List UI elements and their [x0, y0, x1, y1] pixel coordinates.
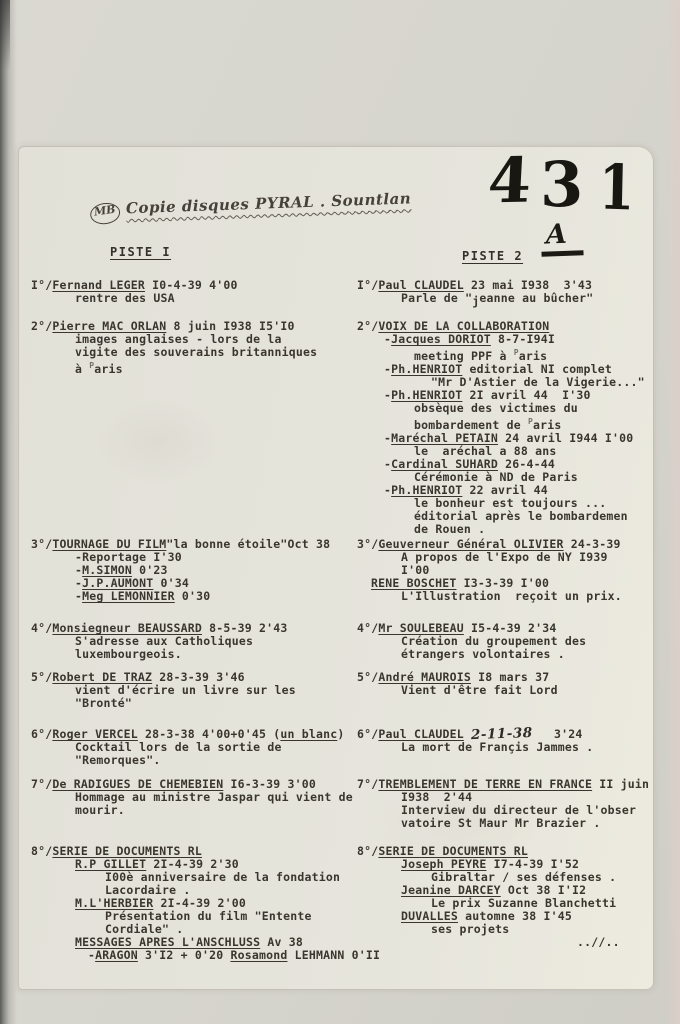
underlined-name: R.P GILLET	[75, 857, 146, 871]
track-line: vigite des souverains britanniques	[31, 346, 317, 359]
text-segment: Cordiale" .	[105, 922, 183, 936]
text-segment: 28-3-38 4'00+0'45 (	[138, 727, 280, 741]
item-number: 3°/	[31, 537, 52, 551]
text-segment: aris	[533, 418, 562, 432]
track-line: rentre des USA	[31, 292, 238, 305]
underlined-name: Jeanine DARCEY	[401, 883, 501, 897]
track-item: 8°/SERIE DE DOCUMENTS RLR.P GILLET 2I-4-…	[31, 845, 380, 962]
text-segment: "Bronté"	[75, 696, 132, 710]
text-segment: Parle de "	[401, 291, 472, 305]
text-segment: 3'I2 + 0'20	[138, 948, 231, 962]
track-line: mourir.	[31, 804, 353, 817]
text-segment: Le prix Suzanne Blanchetti	[431, 896, 616, 910]
scanned-page: MBCopie disques PYRAL . Sountlan 431 A P…	[0, 0, 680, 1024]
text-segment: Présentation du film "Entente	[105, 909, 312, 923]
track-line: -Jacques DORIOT 8-7-I94I	[357, 333, 645, 346]
track-item: 8°/SERIE DE DOCUMENTS RLJoseph PEYRE I7-…	[357, 845, 620, 949]
underlined-name: TREMBLEMENT DE TERRE EN FRANCE	[378, 777, 592, 791]
text-segment: le bonheur est toujours ...	[414, 496, 606, 510]
track-item: I°/Paul CLAUDEL 23 mai I938 3'43Parle de…	[357, 279, 593, 308]
text-segment: Création du groupement des	[401, 634, 586, 648]
track-item: 2°/VOIX DE LA COLLABORATION-Jacques DORI…	[357, 320, 645, 536]
text-segment: images anglaises - lors de la	[75, 332, 282, 346]
underlined-name: un blanc	[280, 727, 337, 741]
item-number: 8°/	[31, 844, 52, 858]
track-line: de Rouen .	[357, 523, 645, 536]
track-item: 3°/Geuverneur Général OLIVIER 24-3-39A p…	[357, 538, 622, 603]
track-line: "Bronté"	[31, 697, 296, 710]
underlined-name: De RADIGUES DE CHEMEBIEN	[52, 777, 223, 791]
text-segment: meeting PPF à	[414, 349, 514, 363]
item-number: 2°/	[31, 319, 52, 333]
underlined-name: Rosamond	[230, 948, 287, 962]
track-line: éditorial après le bombardemen	[357, 510, 645, 523]
text-segment: Hommage au ministre Jaspar qui vient de	[75, 790, 353, 804]
text-segment: mourir.	[75, 803, 125, 817]
underlined-name: J.P.AUMONT	[82, 576, 153, 590]
text-segment: étrangers volontaires .	[401, 647, 565, 661]
text-segment: "Mr D'Astier de la Vigerie..."	[431, 375, 645, 389]
text-segment: ..//..	[577, 935, 620, 949]
track-line: à Paris	[31, 359, 317, 376]
underlined-name: Ph.HENRIOT	[391, 483, 462, 497]
text-segment: 23 mai I938 3'43	[464, 278, 592, 292]
underlined-name: Fernand LEGER	[52, 278, 145, 292]
underlined-name: Pierre MAC ORLAN	[52, 319, 166, 333]
text-segment: 8-7-I94I	[491, 332, 555, 346]
text-segment: L'Illustration reçoit un prix.	[401, 589, 622, 603]
text-segment: vigite des souverains britanniques	[75, 345, 317, 359]
text-segment: Lacordaire .	[105, 883, 190, 897]
text-segment: 0'34	[153, 576, 189, 590]
track-line: Parle de "jeanne au bûcher"	[357, 292, 593, 308]
track-line: obsèque des victimes du	[357, 402, 645, 415]
text-segment: 24 avril I944 I'00	[498, 431, 633, 445]
track-line: "Remorques".	[31, 754, 344, 767]
track-line: vient d'écrire un livre sur les	[31, 684, 296, 697]
underlined-name: RENE BOSCHET	[371, 576, 456, 590]
text-segment: 0'23	[132, 563, 168, 577]
text-segment: I5-4-39 2'34	[464, 621, 557, 635]
underlined-name: Maréchal PETAIN	[391, 431, 498, 445]
text-segment: automne 38 I'45	[458, 909, 572, 923]
track-item: 7°/TREMBLEMENT DE TERRE EN FRANCE II jui…	[357, 778, 649, 830]
underlined-name: Roger VERCEL	[52, 727, 137, 741]
text-segment: Interview du directeur de l'obser	[401, 803, 636, 817]
track-line: Présentation du film "Entente	[31, 910, 380, 923]
underlined-name: Joseph PEYRE	[401, 857, 486, 871]
text-segment: Cérémonie à ND de Paris	[414, 470, 578, 484]
text-segment: I7-4-39 I'52	[486, 857, 579, 871]
item-number: 5°/	[31, 670, 52, 684]
text-segment: Vient d'être fait Lord	[401, 683, 558, 697]
item-number: 6°/	[31, 727, 52, 741]
underlined-name: M.SIMON	[82, 563, 132, 577]
text-segment: 8 juin I938 I5'I0	[166, 319, 294, 333]
track-line: -Meg LEMONNIER 0'30	[31, 590, 330, 603]
underlined-name: Geuverneur Général OLIVIER	[378, 537, 563, 551]
text-segment: obsèque des victimes du	[414, 401, 578, 415]
text-segment: de Rouen .	[414, 522, 485, 536]
item-number: I°/	[357, 278, 378, 292]
track-line: -ARAGON 3'I2 + 0'20 Rosamond LEHMANN 0'I…	[31, 949, 380, 962]
track-item: 2°/Pierre MAC ORLAN 8 juin I938 I5'I0ima…	[31, 320, 317, 376]
text-segment: editorial NI complet	[462, 362, 612, 376]
text-segment: 2I avril 44 I'30	[462, 388, 590, 402]
text-segment: Av 38	[260, 935, 303, 949]
underlined-name: Paul CLAUDEL	[378, 727, 463, 741]
track-line: meeting PPF à Paris	[357, 346, 645, 363]
underlined-name: ARAGON	[95, 948, 138, 962]
track-line: A propos de l'Expo de NY I939	[357, 551, 622, 564]
text-segment: "Remorques".	[75, 753, 160, 767]
item-number: 7°/	[357, 777, 378, 791]
text-segment: P	[514, 348, 519, 357]
item-number: 7°/	[31, 777, 52, 791]
text-segment: aris	[519, 349, 548, 363]
piste-2-column: I°/Paul CLAUDEL 23 mai I938 3'43Parle de…	[357, 0, 680, 1024]
track-item: 6°/Paul CLAUDEL 2-11-38 3'24La mort de F…	[357, 728, 593, 754]
track-line: bombardement de Paris	[357, 415, 645, 432]
underlined-name: Cardinal SUHARD	[391, 457, 498, 471]
underlined-name: Meg LEMONNIER	[82, 589, 175, 603]
track-item: 4°/Monsiegneur BEAUSSARD 8-5-39 2'43S'ad…	[31, 622, 287, 661]
piste-1-column: I°/Fernand LEGER I0-4-39 4'00rentre des …	[31, 0, 361, 1024]
track-line: étrangers volontaires .	[357, 648, 586, 661]
item-number: 4°/	[31, 621, 52, 635]
page-left-edge-shadow	[0, 0, 18, 1024]
text-segment: -Reportage I'30	[75, 550, 182, 564]
text-segment: I0-4-39 4'00	[145, 278, 238, 292]
text-segment: I938 2'44	[401, 790, 472, 804]
text-segment: P	[528, 417, 533, 426]
track-line: vatoire St Maur Mr Brazier .	[357, 817, 649, 830]
text-segment: ses projets	[431, 922, 509, 936]
underlined-name: VOIX DE LA COLLABORATION	[378, 319, 549, 333]
underlined-name: TOURNAGE DU FILM	[52, 537, 166, 551]
text-segment: 24-3-39	[564, 537, 621, 551]
text-segment: II juin	[592, 777, 649, 791]
item-number: 8°/	[357, 844, 378, 858]
track-item: 3°/TOURNAGE DU FILM"la bonne étoile"Oct …	[31, 538, 330, 603]
handwritten-date: 2-11-38	[471, 727, 533, 742]
text-segment: I3-3-39 I'00	[456, 576, 549, 590]
text-segment: eanne au bûcher"	[479, 291, 593, 305]
text-segment: vatoire St Maur Mr Brazier .	[401, 816, 600, 830]
text-segment: éditorial après le bombardemen	[414, 509, 628, 523]
track-line: ..//..	[357, 936, 620, 949]
track-line: L'Illustration reçoit un prix.	[357, 590, 622, 603]
track-item: 4°/Mr SOULEBEAU I5-4-39 2'34Création du …	[357, 622, 586, 661]
track-item: 5°/André MAUROIS I8 mars 37Vient d'être …	[357, 671, 558, 697]
underlined-name: Robert DE TRAZ	[52, 670, 152, 684]
underlined-name: SERIE DE DOCUMENTS RL	[378, 844, 528, 858]
track-item: 7°/De RADIGUES DE CHEMEBIEN I6-3-39 3'00…	[31, 778, 353, 817]
item-number: 2°/	[357, 319, 378, 333]
item-number: I°/	[31, 278, 52, 292]
text-segment: I6-3-39 3'00	[223, 777, 316, 791]
track-line: I00è anniversaire de la fondation	[31, 871, 380, 884]
track-line: luxembourgeois.	[31, 648, 287, 661]
item-number: 6°/	[357, 727, 378, 741]
text-segment: vient d'écrire un livre sur les	[75, 683, 296, 697]
text-segment: 28-3-39 3'46	[152, 670, 245, 684]
text-segment: aris	[94, 362, 123, 376]
underlined-name: Monsiegneur BEAUSSARD	[52, 621, 202, 635]
text-segment: I8 mars 37	[471, 670, 549, 684]
underlined-name: Jacques DORIOT	[391, 332, 491, 346]
underlined-name: Ph.HENRIOT	[391, 362, 462, 376]
text-segment: rentre des USA	[75, 291, 175, 305]
text-segment: 0'30	[175, 589, 211, 603]
text-segment: 22 avril 44	[462, 483, 547, 497]
text-segment: 2I-4-39 2'00	[153, 896, 246, 910]
track-item: 6°/Roger VERCEL 28-3-38 4'00+0'45 (un bl…	[31, 728, 344, 767]
text-segment: )	[337, 727, 344, 741]
underlined-name: André MAUROIS	[378, 670, 471, 684]
track-item: 5°/Robert DE TRAZ 28-3-39 3'46vient d'éc…	[31, 671, 296, 710]
text-segment: le aréchal a 88 ans	[414, 444, 556, 458]
item-number: 3°/	[357, 537, 378, 551]
underlined-name: SERIE DE DOCUMENTS RL	[52, 844, 202, 858]
track-line: La mort de Françis Jammes .	[357, 741, 593, 754]
track-line: Vient d'être fait Lord	[357, 684, 558, 697]
text-segment: Oct 38 I'I2	[501, 883, 586, 897]
item-number: 5°/	[357, 670, 378, 684]
underlined-name: M.L'HERBIER	[75, 896, 153, 910]
track-item: I°/Fernand LEGER I0-4-39 4'00rentre des …	[31, 279, 238, 305]
text-segment: luxembourgeois.	[75, 647, 182, 661]
text-segment: "la bonne étoile"Oct 38	[166, 537, 330, 551]
text-segment: bombardement de	[414, 418, 528, 432]
text-segment: A propos de l'Expo de NY I939	[401, 550, 608, 564]
text-segment: 3'24	[533, 727, 583, 741]
text-segment: I'00	[401, 563, 430, 577]
underlined-name: DUVALLES	[401, 909, 458, 923]
item-number: 4°/	[357, 621, 378, 635]
underlined-name: Ph.HENRIOT	[391, 388, 462, 402]
text-segment: à	[75, 362, 89, 376]
text-segment: I00è anniversaire de la fondation	[105, 870, 340, 884]
text-segment: Cocktail lors de la sortie de	[75, 740, 282, 754]
text-segment: 8-5-39 2'43	[202, 621, 287, 635]
text-segment: S'adresse aux Catholiques	[75, 634, 253, 648]
text-segment: P	[89, 361, 94, 370]
underlined-name: Paul CLAUDEL	[378, 278, 463, 292]
underlined-name: Mr SOULEBEAU	[378, 621, 463, 635]
text-segment: 2I-4-39 2'30	[146, 857, 239, 871]
underlined-name: MESSAGES APRES L'ANSCHLUSS	[75, 935, 260, 949]
text-segment: Gibraltar / ses défenses .	[431, 870, 616, 884]
text-segment: 26-4-44	[498, 457, 555, 471]
